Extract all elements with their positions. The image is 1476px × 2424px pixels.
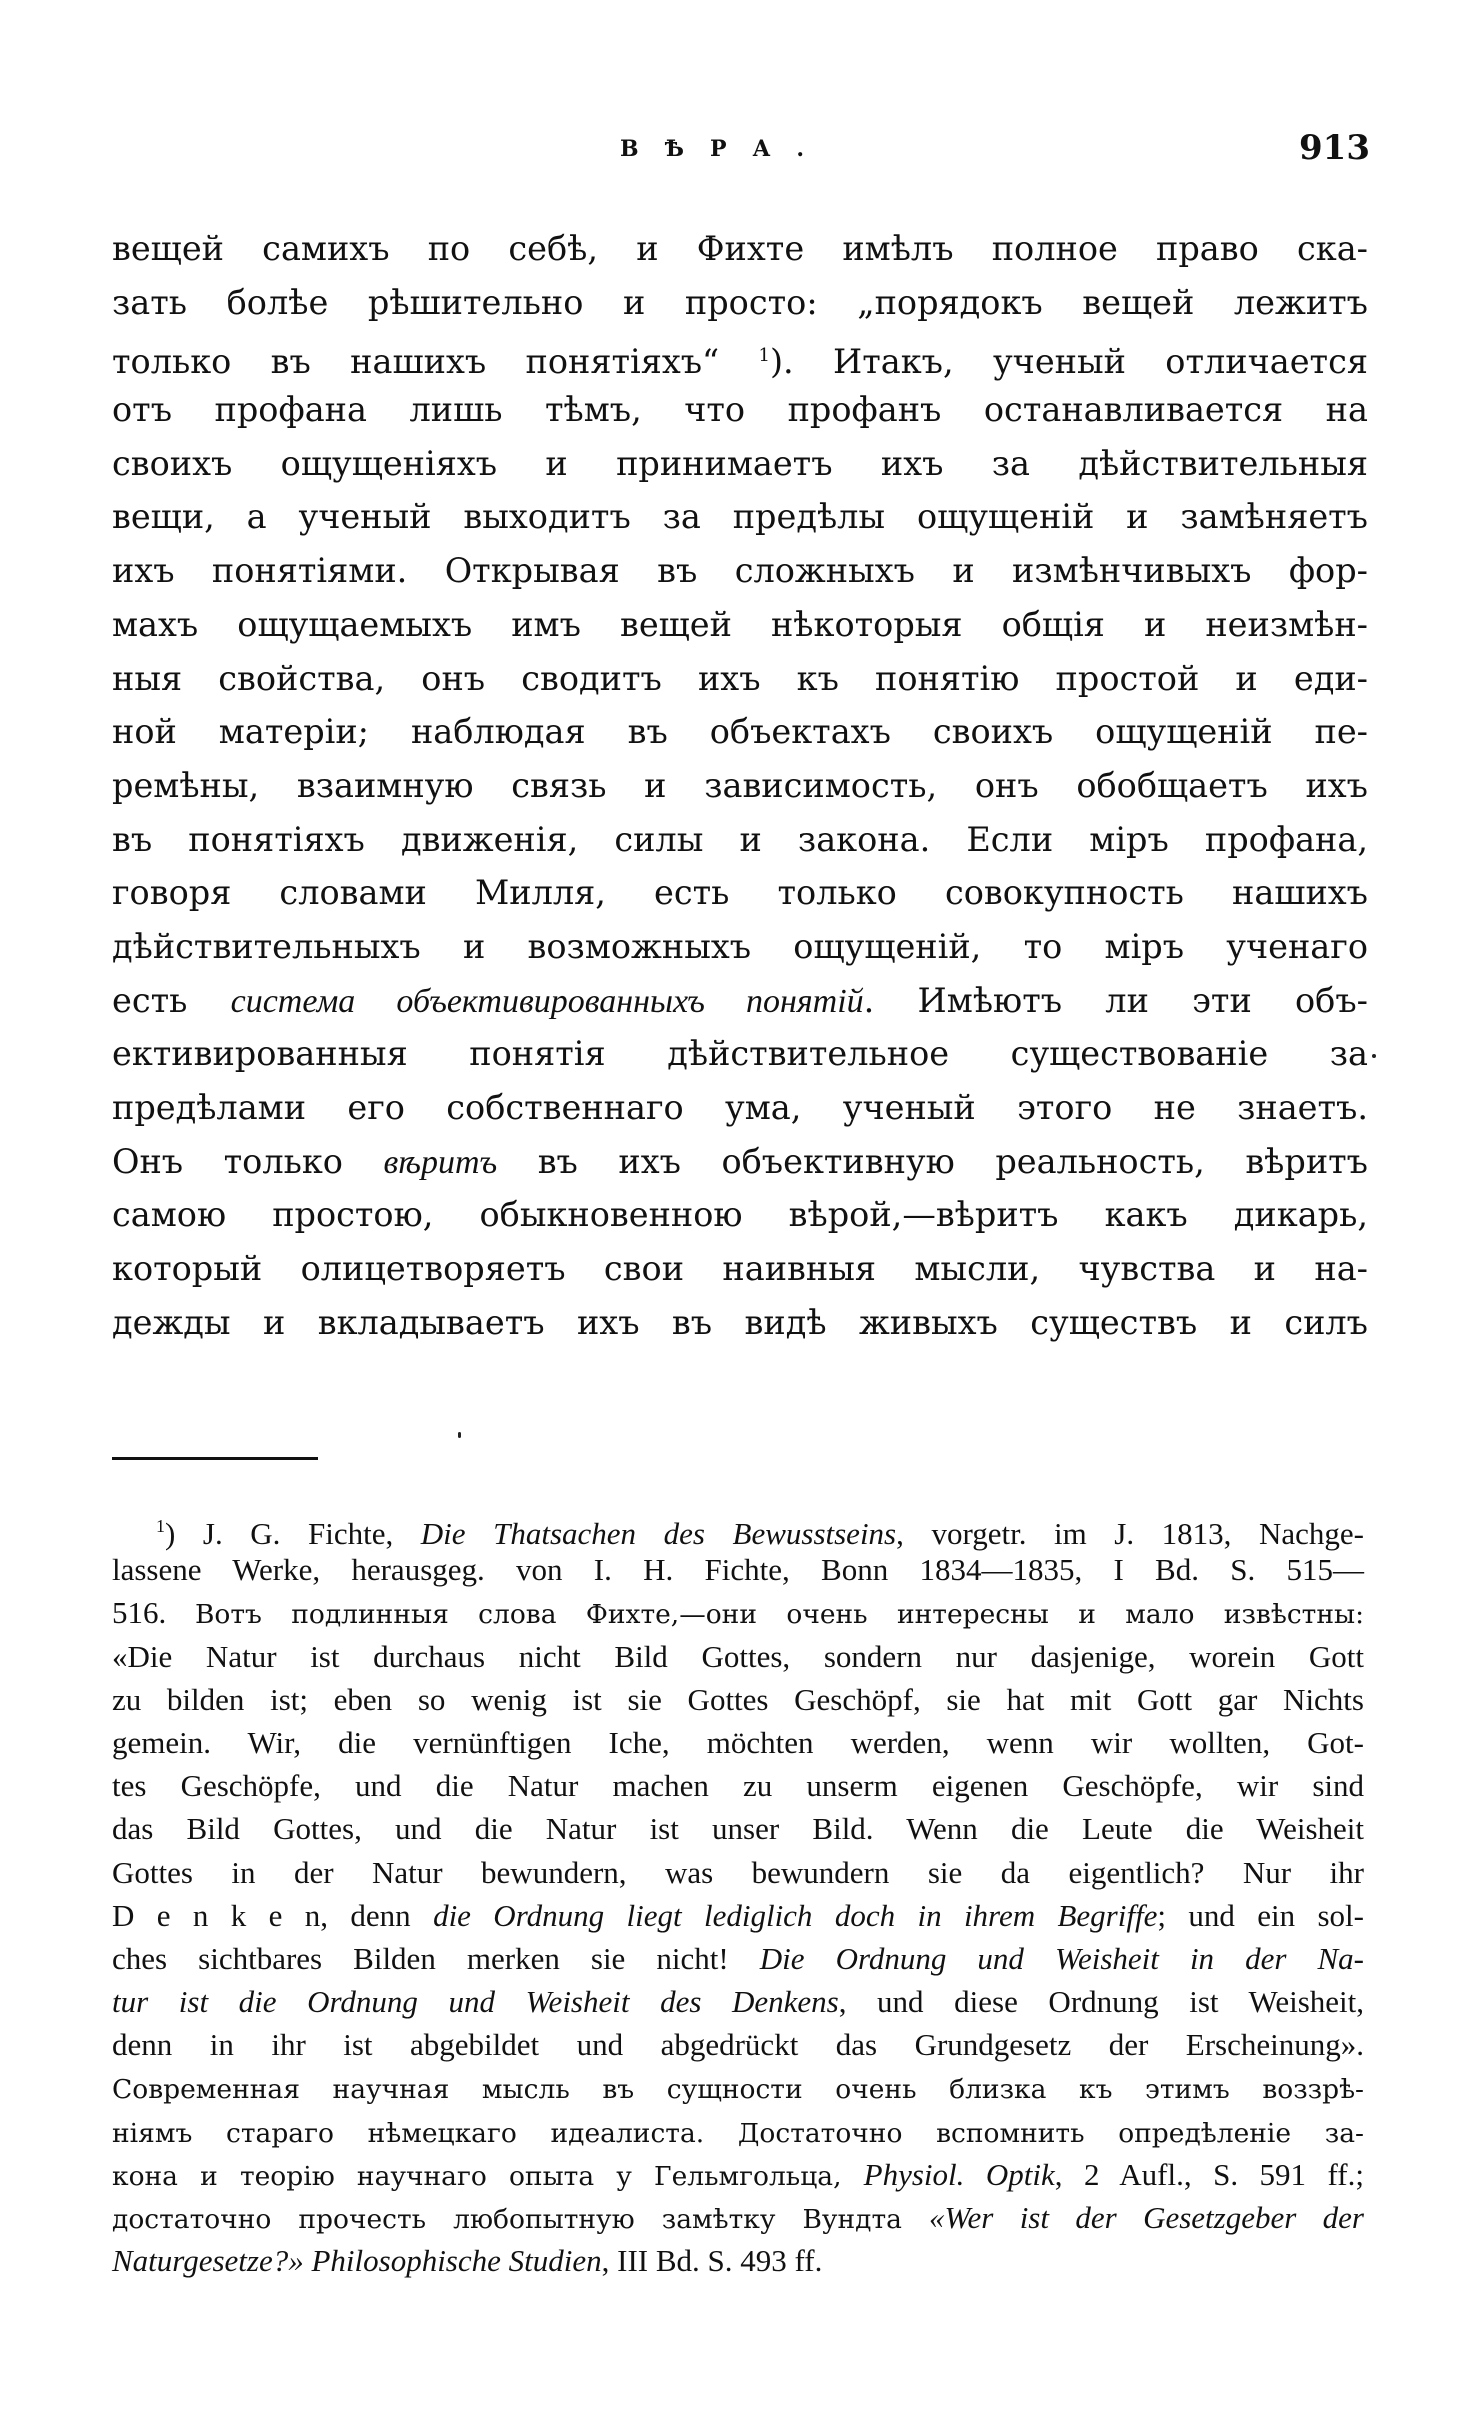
text-segment: вещей самихъ по себѣ, и Фихте имѣлъ полн… [112,229,1368,268]
footnote-line: tes Geschöpfe, und die Natur machen zu u… [112,1764,1364,1807]
text-line: отъ профана лишь тѣмъ, что профанъ остан… [112,383,1368,437]
text-line: только въ нашихъ понятіяхъ“ 1). Итакъ, у… [112,329,1368,383]
text-line: дѣйствительныхъ и возможныхъ ощущеній, т… [112,920,1368,974]
italic-emphasis: Naturgesetze?» Philosophische Studien [112,2243,602,2278]
text-segment: ). Итакъ, ученый отличается [770,342,1368,381]
text-line: говоря словами Милля, есть только совоку… [112,866,1368,920]
text-segment: ) J. G. Fichte, [165,1516,421,1551]
text-line: Онъ только вѣритъ въ ихъ объективную реа… [112,1135,1368,1189]
text-segment: tes Geschöpfe, und die Natur machen zu u… [112,1768,1364,1803]
text-segment: въ понятіяхъ движенія, силы и закона. Ес… [112,820,1368,859]
text-line: ной матеріи; наблюдая въ объектахъ своих… [112,705,1368,759]
text-segment: ches sichtbares Bilden merken sie nicht! [112,1941,760,1976]
text-segment: дѣйствительныхъ и возможныхъ ощущеній, т… [112,927,1368,966]
text-segment: вещи, а ученый выходитъ за предѣлы ощуще… [112,497,1368,536]
footnote-line: D e n k e n, denn die Ordnung liegt ledi… [112,1894,1364,1937]
text-segment: ихъ понятіями. Открывая въ сложныхъ и из… [112,551,1368,590]
text-line: вещи, а ученый выходитъ за предѣлы ощуще… [112,490,1368,544]
text-line: дежды и вкладываетъ ихъ въ видѣ живыхъ с… [112,1296,1368,1350]
footnote-line: «Die Natur ist durchaus nicht Bild Gotte… [112,1635,1364,1678]
italic-emphasis: Physiol. Optik [864,2157,1055,2192]
print-speck [458,1432,461,1438]
text-segment: отъ профана лишь тѣмъ, что профанъ остан… [112,390,1368,429]
footnote-line: das Bild Gottes, und die Natur ist unser… [112,1807,1364,1850]
print-speck [1372,1054,1376,1058]
text-segment: ективированныя понятія дѣйствительное су… [112,1034,1368,1073]
text-segment: дежды и вкладываетъ ихъ въ видѣ живыхъ с… [112,1303,1368,1342]
italic-emphasis: система объективированныхъ понятій [231,983,864,1020]
main-text-block: вещей самихъ по себѣ, и Фихте имѣлъ полн… [112,222,1368,1349]
footnote-line: 1) J. G. Fichte, Die Thatsachen des Bewu… [112,1505,1364,1548]
text-segment: D e n k e n, denn [112,1898,433,1933]
text-line: предѣлами его собственнаго ума, ученый э… [112,1081,1368,1135]
text-segment: lassene Werke, herausgeg. von I. H. Fich… [112,1552,1364,1587]
text-line: въ понятіяхъ движенія, силы и закона. Ес… [112,813,1368,867]
text-segment: das Bild Gottes, und die Natur ist unser… [112,1811,1364,1846]
italic-emphasis: tur ist die Ordnung und Weisheit des Den… [112,1984,839,2019]
footnote-line: zu bilden ist; eben so wenig ist sie Got… [112,1678,1364,1721]
text-segment: Вотъ подлинныя слова Фихте,—они очень ин… [195,1599,1364,1630]
book-page: ВѢРА. 913 вещей самихъ по себѣ, и Фихте … [0,0,1476,2424]
italic-emphasis: Die Thatsachen des Bewusstseins [421,1516,896,1551]
text-segment: «Die Natur ist durchaus nicht Bild Gotte… [112,1639,1364,1674]
text-line: ективированныя понятія дѣйствительное су… [112,1027,1368,1081]
text-segment: самою простою, обыкновенною вѣрой,—вѣрит… [112,1195,1368,1234]
text-segment: denn in ihr ist abgebildet und abgedrück… [112,2027,1364,2062]
footnote-line: Gottes in der Natur bewundern, was bewun… [112,1851,1364,1894]
text-segment: который олицетворяетъ свои наивныя мысли… [112,1249,1368,1288]
footnote-line: достаточно прочесть любопытную замѣтку В… [112,2196,1364,2239]
text-segment: 516. [112,1595,195,1630]
text-segment: , III Bd. S. 493 ff. [602,2243,823,2278]
text-segment: предѣлами его собственнаго ума, ученый э… [112,1088,1368,1127]
footnote-line: gemein. Wir, die vernünftigen Iche, möch… [112,1721,1364,1764]
text-line: есть система объективированныхъ понятій.… [112,974,1368,1028]
text-segment: своихъ ощущеніяхъ и принимаетъ ихъ за дѣ… [112,444,1368,483]
text-segment: gemein. Wir, die vernünftigen Iche, möch… [112,1725,1364,1760]
footnote-reference: 1 [156,1516,165,1536]
footnote-line: tur ist die Ordnung und Weisheit des Den… [112,1980,1364,2023]
text-line: который олицетворяетъ свои наивныя мысли… [112,1242,1368,1296]
text-segment: махъ ощущаемыхъ имъ вещей нѣкоторыя общі… [112,605,1368,644]
footnote-block: 1) J. G. Fichte, Die Thatsachen des Bewu… [112,1505,1364,2282]
text-segment: , vorgetr. im J. 1813, Nachge- [896,1516,1364,1551]
text-segment: зать болѣе рѣшительно и просто: „порядок… [112,283,1368,322]
text-line: ихъ понятіями. Открывая въ сложныхъ и из… [112,544,1368,598]
text-segment: говоря словами Милля, есть только совоку… [112,873,1368,912]
footnote-reference: 1 [759,345,770,366]
text-segment: ныя свойства, онъ сводитъ ихъ къ понятію… [112,659,1368,698]
footnote-line: ches sichtbares Bilden merken sie nicht!… [112,1937,1364,1980]
footnote-line: 516. Вотъ подлинныя слова Фихте,—они оче… [112,1591,1364,1634]
running-title: ВѢРА. [620,136,880,162]
text-segment: ной матеріи; наблюдая въ объектахъ своих… [112,712,1368,751]
text-segment: , und diese Ordnung ist Weisheit, [839,1984,1364,2019]
text-line: зать болѣе рѣшительно и просто: „порядок… [112,276,1368,330]
italic-emphasis: «Wer ist der Gesetzgeber der [929,2200,1364,2235]
text-segment: въ ихъ объективную реальность, вѣритъ [497,1142,1368,1181]
text-segment: . Имѣютъ ли эти объ- [864,981,1368,1020]
text-line: самою простою, обыкновенною вѣрой,—вѣрит… [112,1188,1368,1242]
text-segment: достаточно прочесть любопытную замѣтку В… [112,2204,929,2235]
text-line: махъ ощущаемыхъ имъ вещей нѣкоторыя общі… [112,598,1368,652]
italic-emphasis: вѣритъ [384,1144,498,1181]
text-line: вещей самихъ по себѣ, и Фихте имѣлъ полн… [112,222,1368,276]
text-segment: zu bilden ist; eben so wenig ist sie Got… [112,1682,1364,1717]
italic-emphasis: die Ordnung liegt lediglich doch in ihre… [433,1898,1157,1933]
footnote-line: Современная научная мысль въ сущности оч… [112,2066,1364,2109]
footnote-line: кона и теорію научнаго опыта у Гельмголь… [112,2153,1364,2196]
text-line: своихъ ощущеніяхъ и принимаетъ ихъ за дѣ… [112,437,1368,491]
footnote-line: lassene Werke, herausgeg. von I. H. Fich… [112,1548,1364,1591]
text-line: ремѣны, взаимную связь и зависимость, он… [112,759,1368,813]
footnote-separator-rule [112,1457,318,1460]
page-number: 913 [1296,128,1370,168]
italic-emphasis: Die Ordnung und Weisheit in der Na- [760,1941,1364,1976]
text-segment: кона и теорію научнаго опыта у Гельмголь… [112,2161,864,2192]
text-segment: Современная научная мысль въ сущности оч… [112,2074,1364,2105]
text-segment: только въ нашихъ понятіяхъ“ [112,342,759,381]
text-segment: ремѣны, взаимную связь и зависимость, он… [112,766,1368,805]
text-line: ныя свойства, онъ сводитъ ихъ къ понятію… [112,652,1368,706]
footnote-line: denn in ihr ist abgebildet und abgedrück… [112,2023,1364,2066]
text-segment: ніямъ стараго нѣмецкаго идеалиста. Доста… [112,2118,1364,2149]
text-segment: ; und ein sol- [1157,1898,1364,1933]
text-segment: , 2 Aufl., S. 591 ff.; [1055,2157,1364,2192]
text-segment: есть [112,981,231,1020]
footnote-line: Naturgesetze?» Philosophische Studien, I… [112,2239,1364,2282]
text-segment: Gottes in der Natur bewundern, was bewun… [112,1855,1364,1890]
footnote-line: ніямъ стараго нѣмецкаго идеалиста. Доста… [112,2110,1364,2153]
text-segment: Онъ только [112,1142,384,1181]
